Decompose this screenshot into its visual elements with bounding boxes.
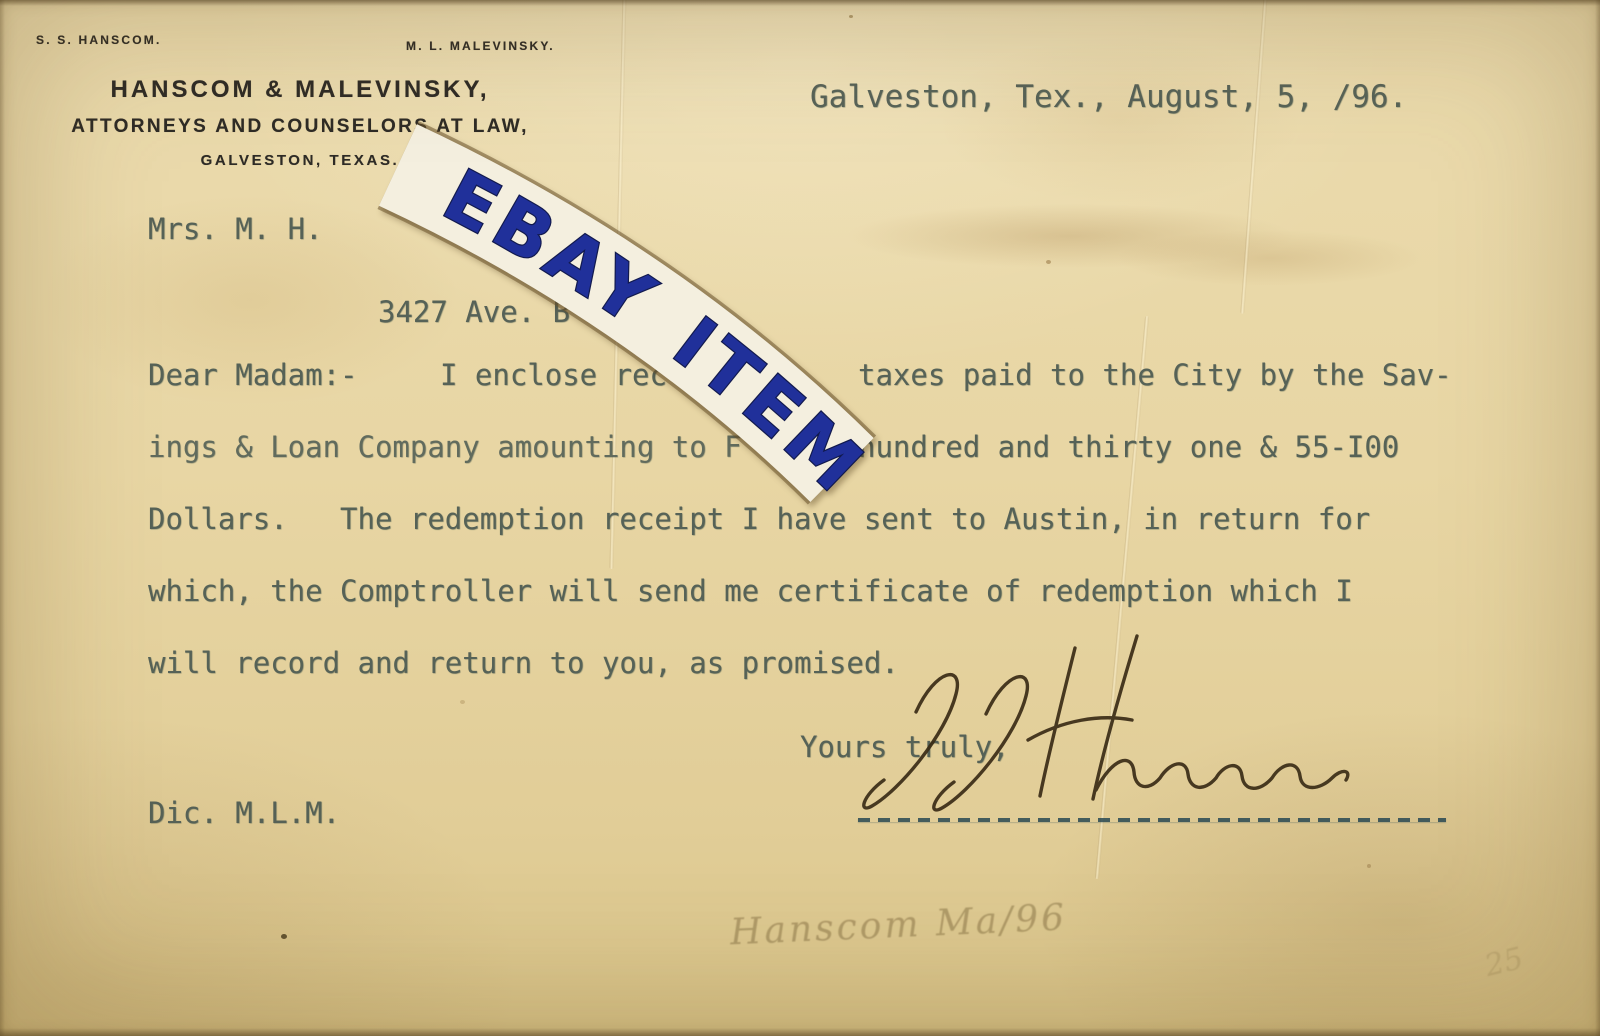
ebay-sticker: EBAY ITEM <box>0 0 1600 1036</box>
letter-scan: S. S. HANSCOM. M. L. MALEVINSKY. HANSCOM… <box>0 0 1600 1036</box>
sticker-text: EBAY ITEM <box>431 153 883 512</box>
